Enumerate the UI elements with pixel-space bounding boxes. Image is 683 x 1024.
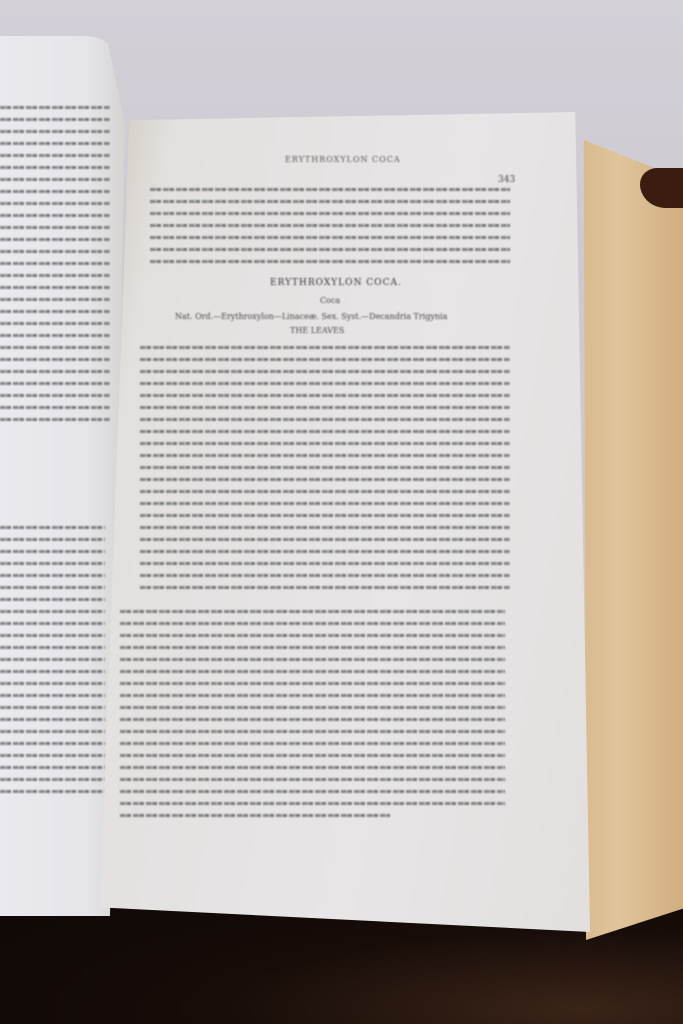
section-heading: ERYTHROXYLON COCA. [270,278,402,288]
running-head: ERYTHROXYLON COCA [285,155,401,164]
section-subheading-classification: Nat. Ord.—Erythroxylon—Linaceæ. Sex. Sys… [175,312,447,321]
section-subheading-common-name: Coca [320,296,340,305]
book-fore-edge [575,140,683,940]
left-text-block-2 [0,526,105,802]
top-paragraph [150,188,510,272]
left-text-block-1 [0,106,110,430]
body-text-block-2 [120,610,505,826]
section-subheading-part-used: THE LEAVES [290,326,344,335]
body-text-block-1 [140,346,510,598]
page-number: 343 [498,175,515,185]
